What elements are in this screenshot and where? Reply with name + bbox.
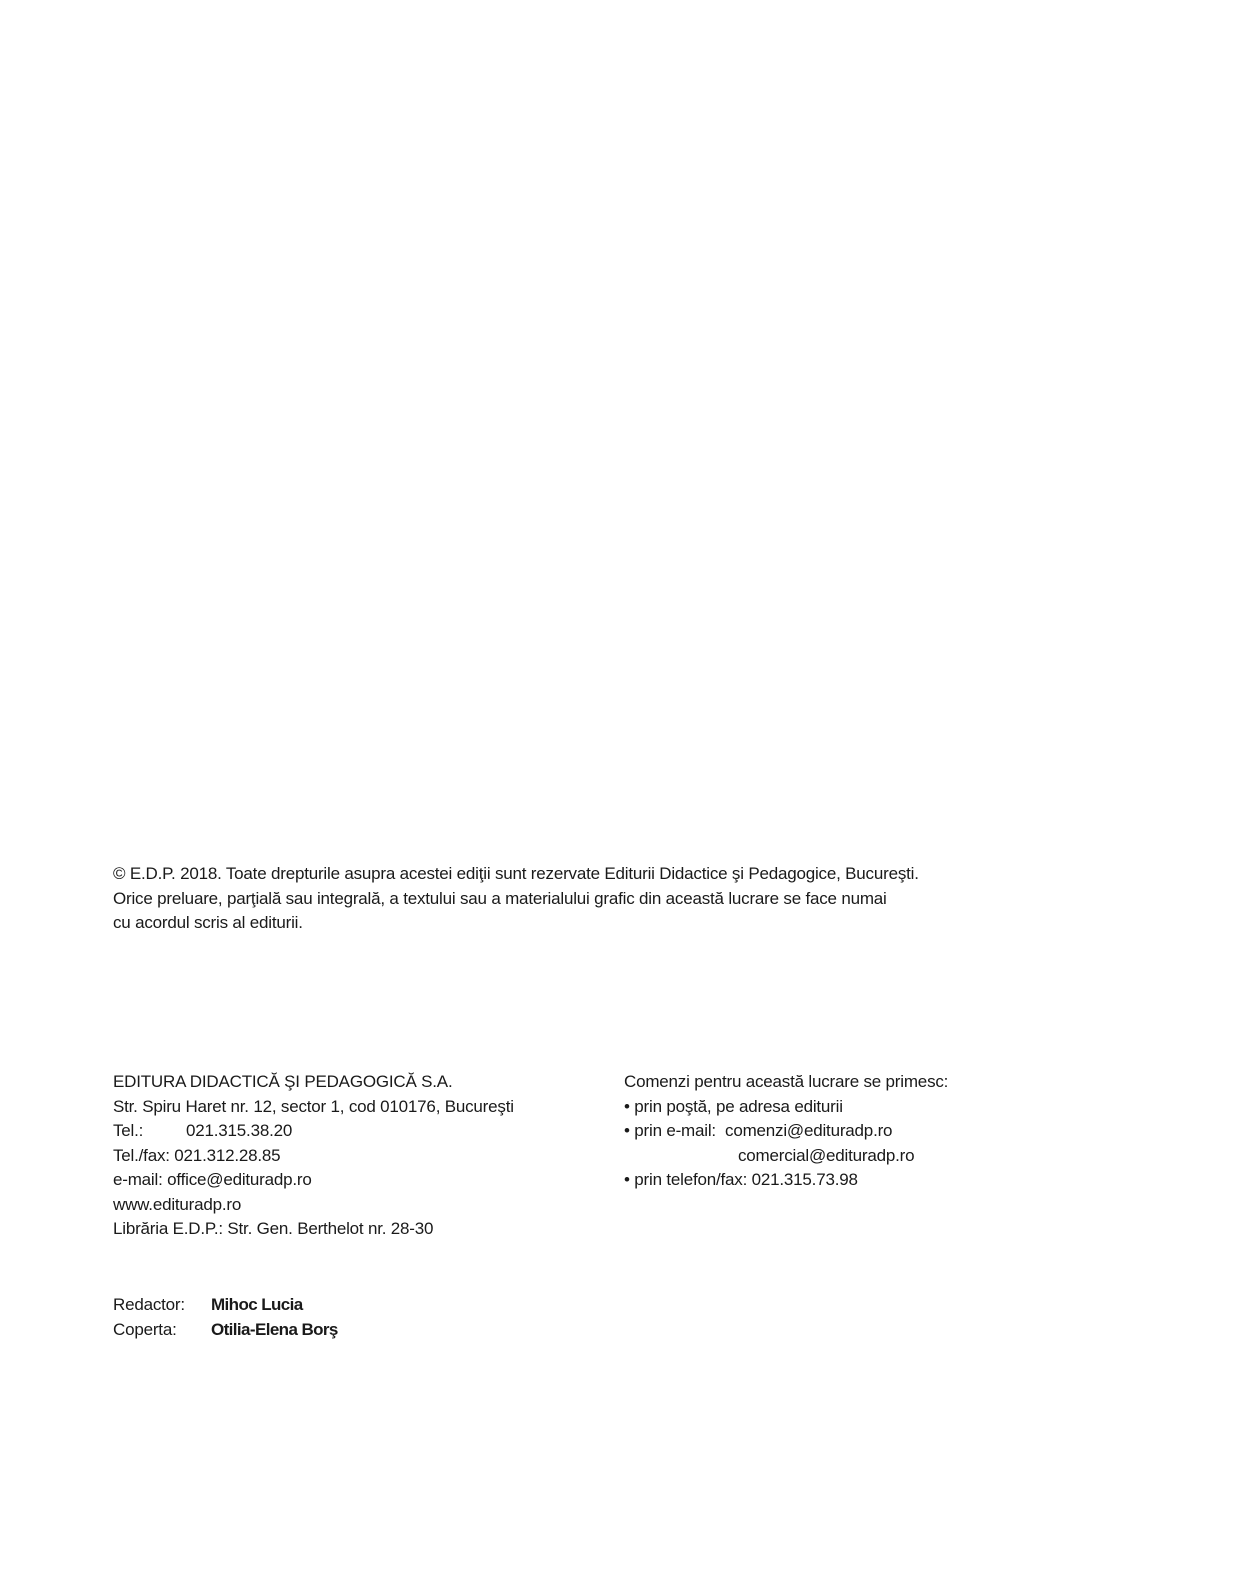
cover-label: Coperta: [113,1318,211,1343]
publisher-info: EDITURA DIDACTICĂ ŞI PEDAGOGICĂ S.A. Str… [113,1070,514,1242]
publisher-tel: Tel.:021.315.38.20 [113,1119,514,1144]
orders-heading: Comenzi pentru această lucrare se primes… [624,1070,948,1095]
publisher-address: Str. Spiru Haret nr. 12, sector 1, cod 0… [113,1095,514,1120]
orders-by-post: • prin poştă, pe adresa editurii [624,1095,948,1120]
publisher-email: e-mail: office@edituradp.ro [113,1168,514,1193]
orders-email-2: comercial@edituradp.ro [624,1144,948,1169]
orders-email-label: • prin e-mail: [624,1121,716,1140]
publisher-bookstore: Librăria E.D.P.: Str. Gen. Berthelot nr.… [113,1217,514,1242]
orders-by-phone: • prin telefon/fax: 021.315.73.98 [624,1168,948,1193]
orders-by-email: • prin e-mail: comenzi@edituradp.ro [624,1119,948,1144]
publisher-name: EDITURA DIDACTICĂ ŞI PEDAGOGICĂ S.A. [113,1070,514,1095]
editor-label: Redactor: [113,1293,211,1318]
copyright-notice: © E.D.P. 2018. Toate drepturile asupra a… [113,862,1073,936]
publisher-website: www.edituradp.ro [113,1193,514,1218]
credits: Redactor:Mihoc Lucia Coperta:Otilia-Elen… [113,1293,338,1342]
tel-value: 021.315.38.20 [186,1121,292,1140]
orders-email-1: comenzi@edituradp.ro [725,1121,892,1140]
publisher-telfax: Tel./fax: 021.312.28.85 [113,1144,514,1169]
orders-info: Comenzi pentru această lucrare se primes… [624,1070,948,1193]
copyright-line: Orice preluare, parţială sau integrală, … [113,887,1073,912]
cover-name: Otilia-Elena Borş [211,1320,338,1339]
credit-cover: Coperta:Otilia-Elena Borş [113,1318,338,1343]
copyright-line: © E.D.P. 2018. Toate drepturile asupra a… [113,862,1073,887]
editor-name: Mihoc Lucia [211,1295,303,1314]
credit-editor: Redactor:Mihoc Lucia [113,1293,338,1318]
copyright-line: cu acordul scris al editurii. [113,911,1073,936]
tel-label: Tel.: [113,1119,186,1144]
